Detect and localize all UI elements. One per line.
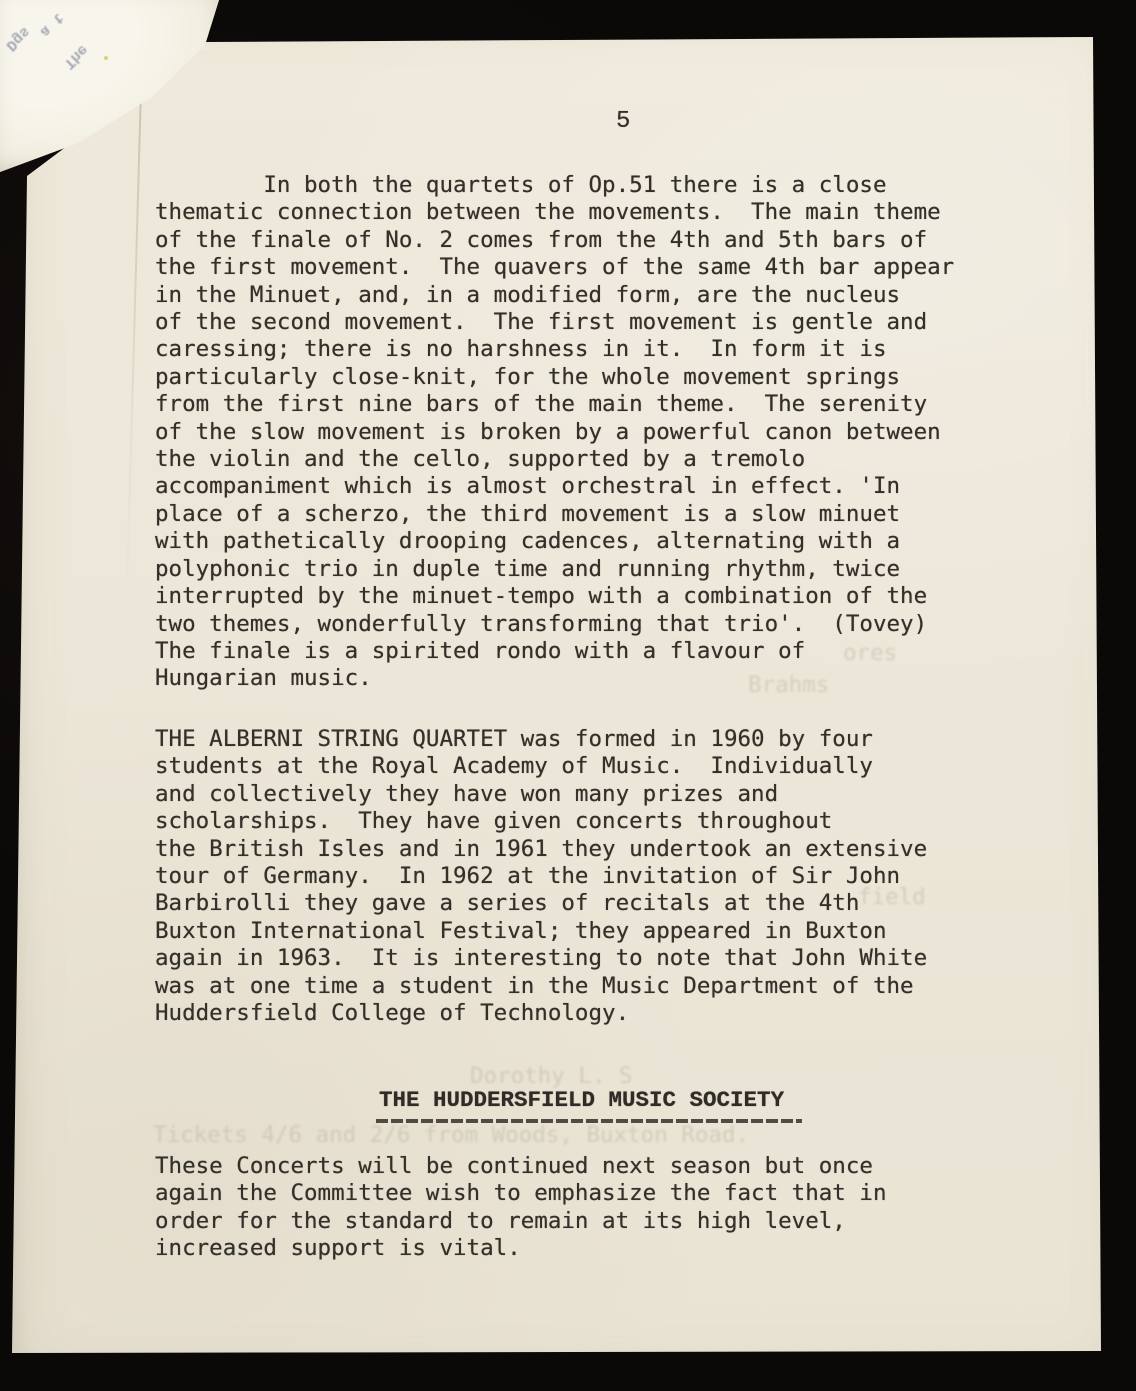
section-heading-huddersfield-music-society: THE HUDDERSFIELD MUSIC SOCIETY (379, 1087, 784, 1113)
fold-ghost-type-1: Dgs (2, 23, 33, 54)
fold-ghost-type-2: a t (36, 9, 67, 40)
ghost-text-fragment-2: Brahms (748, 672, 829, 699)
document-page: 5 In both the quartets of Op.51 there is… (0, 0, 1136, 1391)
page-number: 5 (616, 108, 630, 135)
ghost-text-fragment-5: Tickets 4/6 and 2/6 from Woods, Buxton R… (153, 1122, 749, 1149)
paragraph-brahms-op51: In both the quartets of Op.51 there is a… (155, 172, 954, 693)
paragraph-alberni-quartet: THE ALBERNI STRING QUARTET was formed in… (155, 726, 927, 1027)
paragraph-committee-note: These Concerts will be continued next se… (155, 1153, 887, 1263)
photo-backdrop: 5 In both the quartets of Op.51 there is… (0, 0, 1136, 1391)
ghost-text-fragment-3: field (858, 884, 926, 911)
ink-speck (104, 56, 108, 60)
paper-crease-line (125, 88, 141, 608)
ghost-text-fragment-4: Dorothy L. S (470, 1063, 633, 1090)
ghost-text-fragment-1: ores (843, 640, 897, 667)
fold-ghost-type-3: The (60, 41, 91, 72)
